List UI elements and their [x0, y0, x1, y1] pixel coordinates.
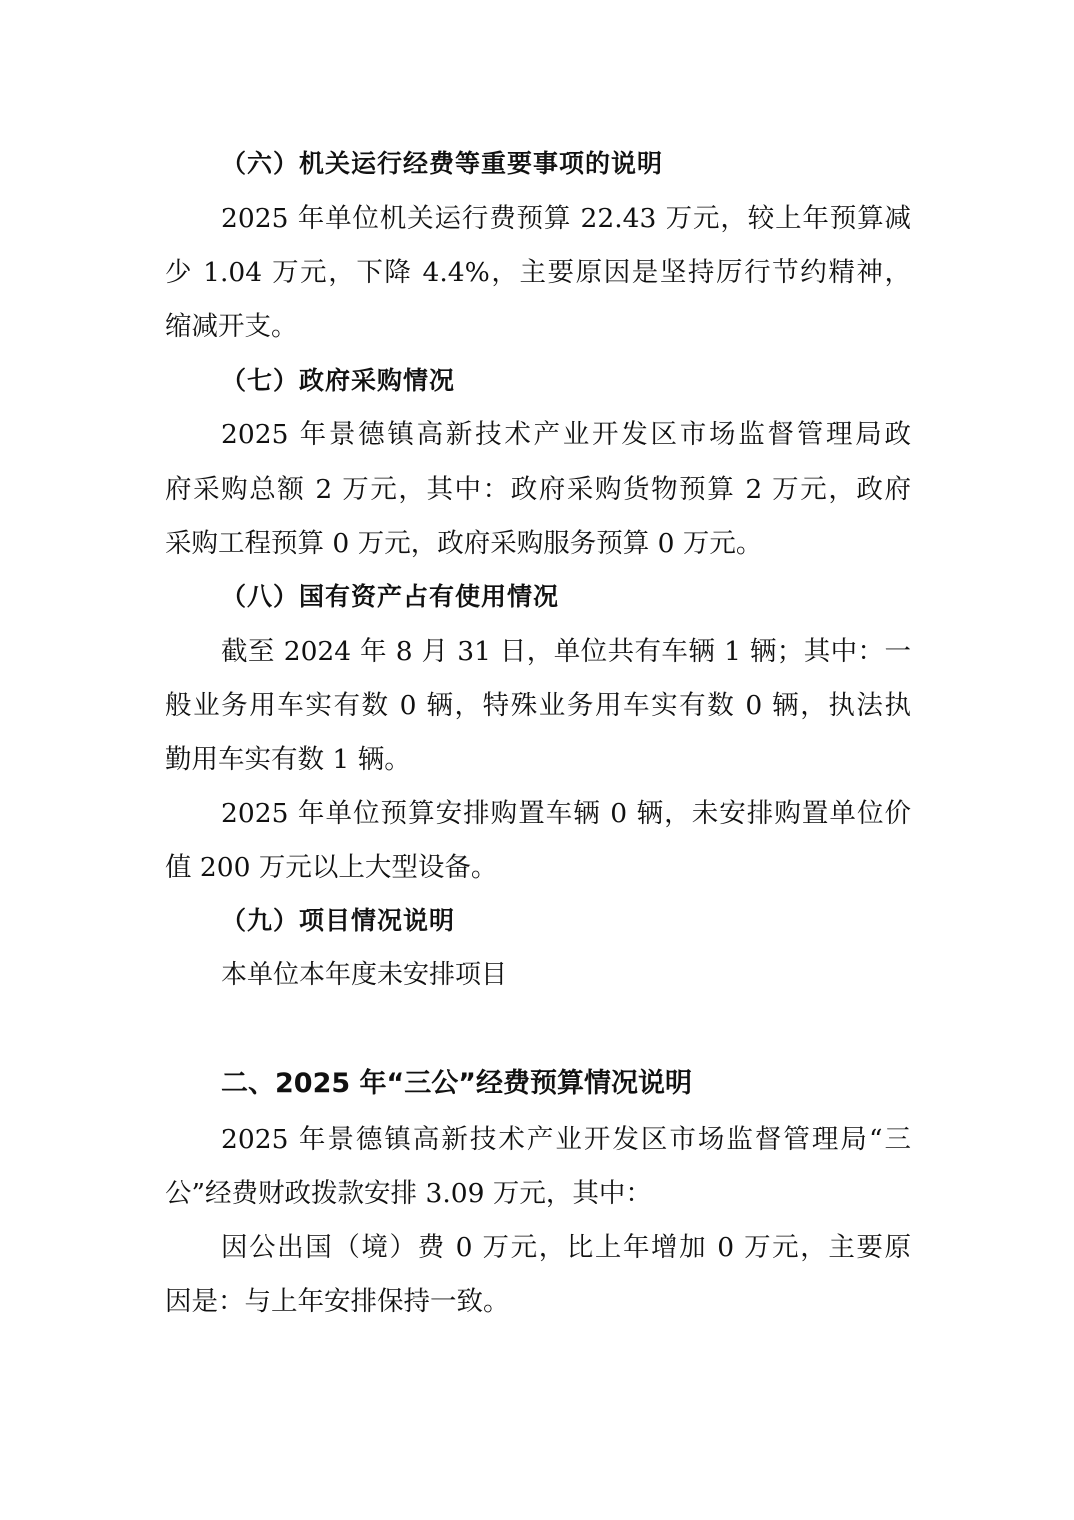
section-heading-nine: （九）项目情况说明 — [221, 904, 455, 938]
section-heading-eight: （八）国有资产占有使用情况 — [221, 580, 559, 614]
paragraph-line: 公”经费财政拨款安排 3.09 万元，其中： — [165, 1177, 911, 1211]
paragraph-line: 2025 年单位机关运行费预算 22.43 万元，较上年预算减 — [221, 202, 911, 236]
paragraph-line: 少 1.04 万元，下降 4.4%，主要原因是坚持厉行节约精神， — [165, 256, 911, 290]
paragraph-line: 勤用车实有数 1 辆。 — [165, 743, 911, 777]
paragraph-line: 般业务用车实有数 0 辆，特殊业务用车实有数 0 辆，执法执 — [165, 689, 911, 723]
paragraph-line: 缩减开支。 — [165, 310, 911, 344]
part-two-heading: 二、2025 年“三公”经费预算情况说明 — [221, 1067, 692, 1101]
paragraph-line: 2025 年景德镇高新技术产业开发区市场监督管理局政 — [221, 418, 911, 452]
paragraph-line: 值 200 万元以上大型设备。 — [165, 851, 911, 885]
section-heading-seven: （七）政府采购情况 — [221, 364, 455, 398]
section-heading-six: （六）机关运行经费等重要事项的说明 — [221, 147, 663, 181]
paragraph-line: 采购工程预算 0 万元，政府采购服务预算 0 万元。 — [165, 527, 911, 561]
paragraph-line: 府采购总额 2 万元，其中：政府采购货物预算 2 万元，政府 — [165, 473, 911, 507]
document-page: （六）机关运行经费等重要事项的说明 2025 年单位机关运行费预算 22.43 … — [0, 0, 1074, 1520]
paragraph-line: 2025 年单位预算安排购置车辆 0 辆，未安排购置单位价 — [221, 797, 911, 831]
paragraph-line: 截至 2024 年 8 月 31 日，单位共有车辆 1 辆；其中：一 — [221, 635, 911, 669]
paragraph-line: 因是：与上年安排保持一致。 — [165, 1285, 911, 1319]
paragraph-line: 2025 年景德镇高新技术产业开发区市场监督管理局“三 — [221, 1123, 911, 1157]
no-project-note: 本单位本年度未安排项目 — [221, 958, 507, 992]
paragraph-line: 因公出国（境）费 0 万元，比上年增加 0 万元，主要原 — [221, 1231, 911, 1265]
